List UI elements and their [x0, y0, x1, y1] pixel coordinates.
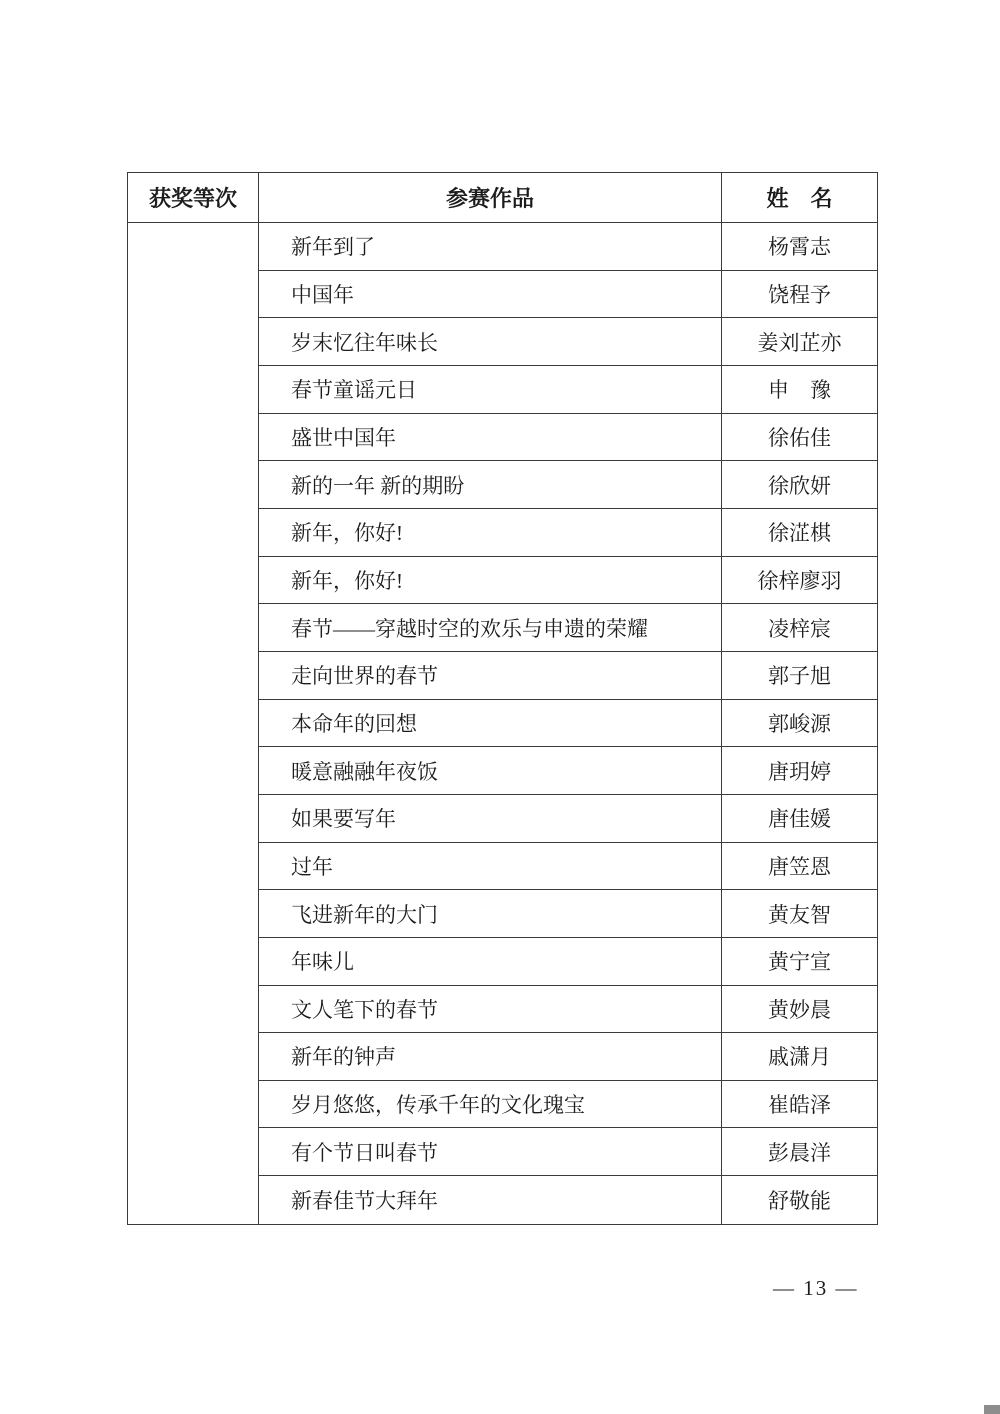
work-cell: 新年，你好! — [259, 557, 722, 604]
table-row: 春节童谣元日 申 豫 — [259, 366, 877, 414]
work-cell: 新年的钟声 — [259, 1033, 722, 1080]
name-cell: 饶程予 — [722, 271, 877, 318]
work-cell: 新的一年 新的期盼 — [259, 461, 722, 508]
award-level-merged-cell — [128, 223, 259, 1224]
table-row: 有个节日叫春节 彭晨洋 — [259, 1128, 877, 1176]
name-cell: 申 豫 — [722, 366, 877, 413]
work-cell: 春节童谣元日 — [259, 366, 722, 413]
name-cell: 黄妙晨 — [722, 986, 877, 1033]
table-header-row: 获奖等次 参赛作品 姓 名 — [128, 173, 877, 223]
work-cell: 过年 — [259, 843, 722, 890]
table-row: 新年的钟声 戚潇月 — [259, 1033, 877, 1081]
table-row: 过年 唐笠恩 — [259, 843, 877, 891]
table-row: 春节——穿越时空的欢乐与申遗的荣耀 凌梓宸 — [259, 604, 877, 652]
name-cell: 舒敬能 — [722, 1176, 877, 1224]
name-cell: 黄友智 — [722, 890, 877, 937]
table-row: 暖意融融年夜饭 唐玥婷 — [259, 747, 877, 795]
name-cell: 徐欣妍 — [722, 461, 877, 508]
table-row: 新年到了 杨霄志 — [259, 223, 877, 271]
work-cell: 盛世中国年 — [259, 414, 722, 461]
table-row: 新春佳节大拜年 舒敬能 — [259, 1176, 877, 1224]
table-row: 中国年 饶程予 — [259, 271, 877, 319]
name-cell: 徐梓廖羽 — [722, 557, 877, 604]
name-cell: 凌梓宸 — [722, 604, 877, 651]
document-page: 获奖等次 参赛作品 姓 名 新年到了 杨霄志 中国年 饶程予 岁末忆往年味长 姜… — [0, 0, 1000, 1414]
table-body: 新年到了 杨霄志 中国年 饶程予 岁末忆往年味长 姜刘芷亦 春节童谣元日 申 豫… — [128, 223, 877, 1224]
table-row: 走向世界的春节 郭子旭 — [259, 652, 877, 700]
table-rows: 新年到了 杨霄志 中国年 饶程予 岁末忆往年味长 姜刘芷亦 春节童谣元日 申 豫… — [259, 223, 877, 1224]
name-cell: 郭子旭 — [722, 652, 877, 699]
table-row: 新年，你好! 徐淽棋 — [259, 509, 877, 557]
table-row: 本命年的回想 郭峻源 — [259, 700, 877, 748]
work-cell: 飞进新年的大门 — [259, 890, 722, 937]
header-entry-work: 参赛作品 — [259, 173, 722, 222]
page-number: — 13 — — [773, 1276, 859, 1301]
name-cell: 崔皓泽 — [722, 1081, 877, 1128]
work-cell: 岁月悠悠，传承千年的文化瑰宝 — [259, 1081, 722, 1128]
table-row: 盛世中国年 徐佑佳 — [259, 414, 877, 462]
work-cell: 走向世界的春节 — [259, 652, 722, 699]
table-row: 新的一年 新的期盼 徐欣妍 — [259, 461, 877, 509]
work-cell: 本命年的回想 — [259, 700, 722, 747]
name-cell: 戚潇月 — [722, 1033, 877, 1080]
name-cell: 唐佳媛 — [722, 795, 877, 842]
name-cell: 黄宁宣 — [722, 938, 877, 985]
table-row: 岁末忆往年味长 姜刘芷亦 — [259, 318, 877, 366]
name-cell: 彭晨洋 — [722, 1128, 877, 1175]
work-cell: 年味儿 — [259, 938, 722, 985]
work-cell: 新春佳节大拜年 — [259, 1176, 722, 1224]
table-row: 年味儿 黄宁宣 — [259, 938, 877, 986]
work-cell: 新年，你好! — [259, 509, 722, 556]
table-row: 新年，你好! 徐梓廖羽 — [259, 557, 877, 605]
name-cell: 唐玥婷 — [722, 747, 877, 794]
name-cell: 徐淽棋 — [722, 509, 877, 556]
name-cell: 郭峻源 — [722, 700, 877, 747]
name-cell: 姜刘芷亦 — [722, 318, 877, 365]
table-row: 文人笔下的春节 黄妙晨 — [259, 986, 877, 1034]
work-cell: 暖意融融年夜饭 — [259, 747, 722, 794]
work-cell: 有个节日叫春节 — [259, 1128, 722, 1175]
work-cell: 中国年 — [259, 271, 722, 318]
work-cell: 岁末忆往年味长 — [259, 318, 722, 365]
name-cell: 徐佑佳 — [722, 414, 877, 461]
work-cell: 新年到了 — [259, 223, 722, 270]
scan-artifact-corner — [984, 1405, 1000, 1414]
table-row: 飞进新年的大门 黄友智 — [259, 890, 877, 938]
award-table: 获奖等次 参赛作品 姓 名 新年到了 杨霄志 中国年 饶程予 岁末忆往年味长 姜… — [127, 172, 878, 1225]
name-cell: 唐笠恩 — [722, 843, 877, 890]
table-row: 如果要写年 唐佳媛 — [259, 795, 877, 843]
name-cell: 杨霄志 — [722, 223, 877, 270]
work-cell: 文人笔下的春节 — [259, 986, 722, 1033]
header-award-level: 获奖等次 — [128, 173, 259, 222]
header-name: 姓 名 — [722, 173, 877, 222]
work-cell: 如果要写年 — [259, 795, 722, 842]
table-row: 岁月悠悠，传承千年的文化瑰宝 崔皓泽 — [259, 1081, 877, 1129]
work-cell: 春节——穿越时空的欢乐与申遗的荣耀 — [259, 604, 722, 651]
